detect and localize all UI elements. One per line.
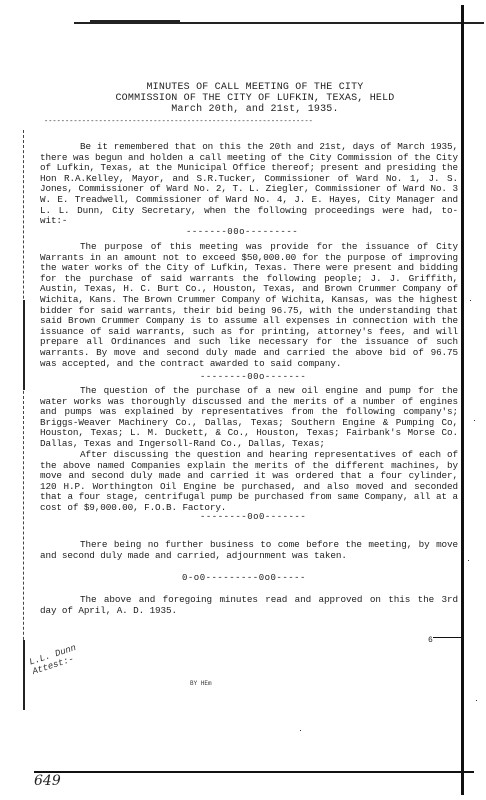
left-margin-line-solid	[23, 300, 26, 390]
page-mark: 6	[428, 636, 433, 645]
title-line-3: March 20th, and 21st, 1935.	[110, 104, 400, 115]
top-border-line	[74, 22, 484, 24]
scan-speck	[468, 560, 469, 561]
paragraph-engine-decision: After discussing the question and hearin…	[40, 450, 458, 514]
left-margin-line	[23, 130, 25, 690]
handwritten-page-number: 649	[34, 773, 61, 789]
separator-2: --------00o-------	[200, 372, 306, 382]
typist-initials: BY HEm	[190, 680, 212, 687]
paragraph-warrants: The purpose of this meeting was provide …	[40, 242, 458, 369]
left-margin-line-solid-lower	[23, 640, 26, 710]
document-page: MINUTES OF CALL MEETING OF THE CITY COMM…	[0, 0, 486, 800]
bottom-border-line	[34, 771, 474, 773]
scan-speck	[470, 300, 471, 301]
separator-1: -------00o---------	[186, 227, 298, 237]
right-border-line	[461, 5, 464, 795]
separator-top: ----------------------------------------…	[44, 118, 313, 126]
document-title: MINUTES OF CALL MEETING OF THE CITY COMM…	[110, 82, 400, 115]
scan-speck	[474, 420, 475, 421]
paragraph-preamble: Be it remembered that on this the 20th a…	[40, 142, 458, 227]
title-line-2: COMMISSION OF THE CITY OF LUFKIN, TEXAS,…	[110, 93, 400, 104]
paragraph-approval: The above and foregoing minutes read and…	[40, 595, 458, 616]
separator-3: --------0o0-------	[200, 512, 306, 522]
scan-speck	[300, 730, 301, 731]
scan-speck	[476, 700, 477, 701]
attest-signature: L.L. Dunn Attest:-	[28, 643, 80, 677]
paragraph-adjournment: There being no further business to come …	[40, 540, 458, 561]
title-line-1: MINUTES OF CALL MEETING OF THE CITY	[110, 82, 400, 93]
separator-4: 0-o0---------0o0-----	[182, 573, 306, 583]
right-tick-mark	[433, 637, 461, 638]
paragraph-engine-question: The question of the purchase of a new oi…	[40, 386, 458, 450]
top-border-line-segment	[90, 20, 180, 22]
